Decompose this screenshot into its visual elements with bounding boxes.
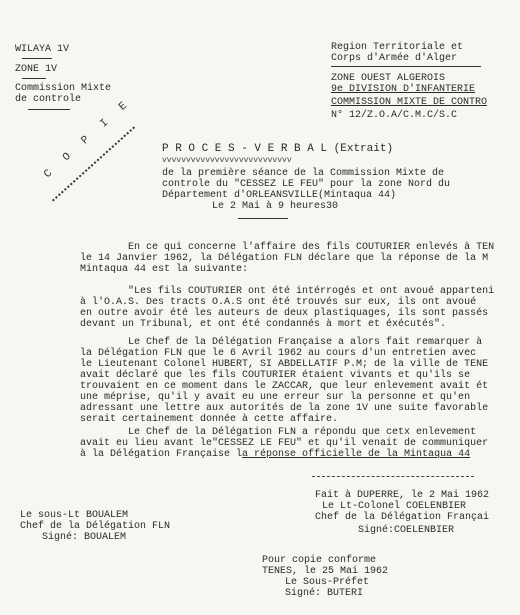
divider (28, 109, 70, 110)
subtitle-line1: de la première séance de la Commission M… (162, 168, 444, 179)
text-line: le Lieutenant Colonel HUBERT, SI ABDELLA… (80, 359, 488, 370)
copy-line4: Signé: BUTERI (285, 588, 363, 599)
last-line-underlined: a réponse officielle de la Mintaqua 44 (242, 449, 470, 460)
text-line: adressant une lettre aux autorités de la… (80, 403, 488, 414)
paragraph-3: Le Chef de la Délégation Française a alo… (80, 337, 488, 425)
separator-dashes (312, 476, 474, 477)
meeting-date: Le 2 Mai à 9 heures30 (212, 201, 338, 212)
text-line: Mintaqua 44 est la suivante: (80, 264, 494, 275)
zone-label: ZONE 1V (15, 64, 57, 75)
fln-officer-role: Chef de la Délégation FLN (20, 521, 170, 532)
french-officer-name: Le Lt-Colonel COELENBIER (322, 501, 466, 512)
french-officer-role: Chef de la Délégation Françai (315, 512, 489, 523)
reference-number: N° 12/Z.O.A/C.M.C/S.C (331, 110, 457, 121)
title-main: P R O C E S - V E R B A L (162, 143, 327, 155)
text-line: devant un Tribunal, et ont été condannés… (80, 319, 494, 330)
copy-line3: Le Sous-Préfet (285, 577, 369, 588)
copy-line2: TENES, le 25 Mai 1962 (262, 566, 388, 577)
last-line-prefix: à la Délégation Française l (80, 449, 242, 460)
text-line: Le Chef de la Délégation FLN a répondu q… (80, 427, 488, 438)
text-line: en outre avoir été les auteurs de deux p… (80, 308, 494, 319)
wilaya-label: WILAYA 1V (15, 44, 69, 55)
divider (22, 58, 52, 59)
french-place-date: Fait à DUPERRE, le 2 Mai 1962 (315, 490, 489, 501)
text-line: trouvaient en ce moment dans le ZACCAR, … (80, 381, 488, 392)
divider (238, 218, 288, 219)
commission-label-line1: Commission Mixte (15, 83, 111, 94)
zone-ouest: ZONE OUEST ALGEROIS (331, 73, 445, 84)
paragraph-4-last-line: à la Délégation Française la réponse off… (80, 449, 470, 460)
fln-officer-name: Le sous-Lt BOUALEM (20, 510, 128, 521)
text-line: le 14 Janvier 1962, la Délégation FLN dé… (80, 253, 494, 264)
text-line: la Délégation FLN que le 6 Avril 1962 au… (80, 348, 488, 359)
region-line1: Region Territoriale et (331, 42, 463, 53)
text-line: une méprise, qu'il y avait eu une erreur… (80, 392, 488, 403)
copy-line1: Pour copie conforme (262, 555, 376, 566)
text-line: "Les fils COUTURIER ont été intérrogés e… (80, 286, 494, 297)
region-line2: Corps d'Armée d'Alger (331, 53, 457, 64)
french-signed: Signé:COELENBIER (358, 525, 454, 536)
subtitle-line3: Département d'ORLEANSVILLE(Mintaqua 44) (162, 190, 396, 201)
paragraph-4: Le Chef de la Délégation FLN a répondu q… (80, 427, 488, 449)
text-line: En ce qui concerne l'affaire des fils CO… (80, 242, 494, 253)
title-suffix: (Extrait) (334, 143, 393, 155)
text-line: Le Chef de la Délégation Française a alo… (80, 337, 488, 348)
paragraph-1: En ce qui concerne l'affaire des fils CO… (80, 242, 494, 275)
text-line: serait certainement donnée à cette affai… (80, 414, 488, 425)
paragraph-2-quote: "Les fils COUTURIER ont été intérrogés e… (80, 286, 494, 330)
title-underline: vvvvvvvvvvvvvvvvvvvvvvvvvvv (162, 156, 292, 165)
commission-title: COMMISSION MIXTE DE CONTRO (331, 97, 487, 108)
text-line: à l'O.A.S. Des tracts O.A.S ont été trou… (80, 297, 494, 308)
subtitle-line2: controle du "CESSEZ LE FEU" pour la zone… (162, 179, 450, 190)
text-line: avait eu lieu avant le"CESSEZ LE FEU" et… (80, 438, 488, 449)
document-title: P R O C E S - V E R B A L (Extrait) (162, 144, 393, 155)
divider (22, 78, 46, 79)
commission-label-line2: de controle (15, 94, 81, 105)
division-label: 9e DIVISION D'INFANTERIE (331, 84, 475, 95)
divider (331, 66, 481, 67)
fln-signed: Signé: BOUALEM (42, 532, 126, 543)
text-line: avait déclaré que les fils COUTURIER éta… (80, 370, 488, 381)
